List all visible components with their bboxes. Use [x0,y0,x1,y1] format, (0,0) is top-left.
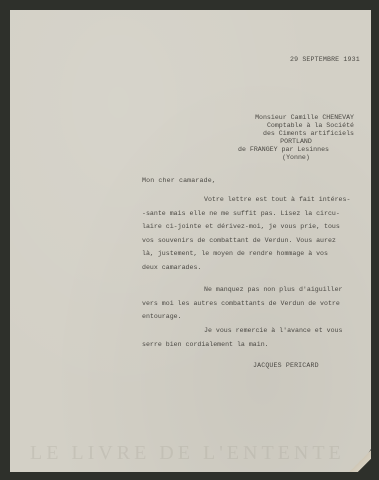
address-line: des Ciments artificiels [238,130,354,138]
address-line: de FRANGEY par Lesinnes [238,146,354,154]
paragraph-line: entourage. [142,310,372,324]
address-line: Monsieur Camille CHENEVAY [238,114,354,122]
paragraph-line: là, justement, le moyen de rendre hommag… [142,247,372,261]
margin-line [371,40,372,440]
paragraph-line: serre bien cordialement la main. [142,338,372,352]
signature: JACQUES PERICARD [253,363,319,370]
letter-date: 29 SEPTEMBRE 1931 [290,57,360,64]
address-line: Comptable à la Société [238,122,354,130]
paragraph-1: Votre lettre est tout à fait intéres- -s… [142,193,372,274]
paragraph-3: Je vous remercie à l'avance et vous serr… [142,324,372,351]
paragraph-line: vos souvenirs de combattant de Verdun. V… [142,234,372,248]
paragraph-line: Votre lettre est tout à fait intéres- [142,193,372,207]
paragraph-line: Ne manquez pas non plus d'aiguiller [142,283,372,297]
paragraph-line: laire ci-jointe et dérivez-moi, je vous … [142,220,372,234]
paragraph-line: deux camarades. [142,261,372,275]
paragraph-line: Je vous remercie à l'avance et vous [142,324,372,338]
paragraph-2: Ne manquez pas non plus d'aiguiller vers… [142,283,372,324]
address-line: (Yonne) [238,154,354,162]
letter-page: 29 SEPTEMBRE 1931 Monsieur Camille CHENE… [10,10,371,472]
paragraph-line: -sante mais elle ne me suffit pas. Lisez… [142,207,372,221]
bleed-through-text: LE LIVRE DE L'ENTENTE [30,442,345,465]
paragraph-line: vers moi les autres combattants de Verdu… [142,297,372,311]
address-line: PORTLAND [238,138,354,146]
recipient-address: Monsieur Camille CHENEVAY Comptable à la… [238,114,354,163]
salutation: Mon cher camarade, [142,178,216,185]
